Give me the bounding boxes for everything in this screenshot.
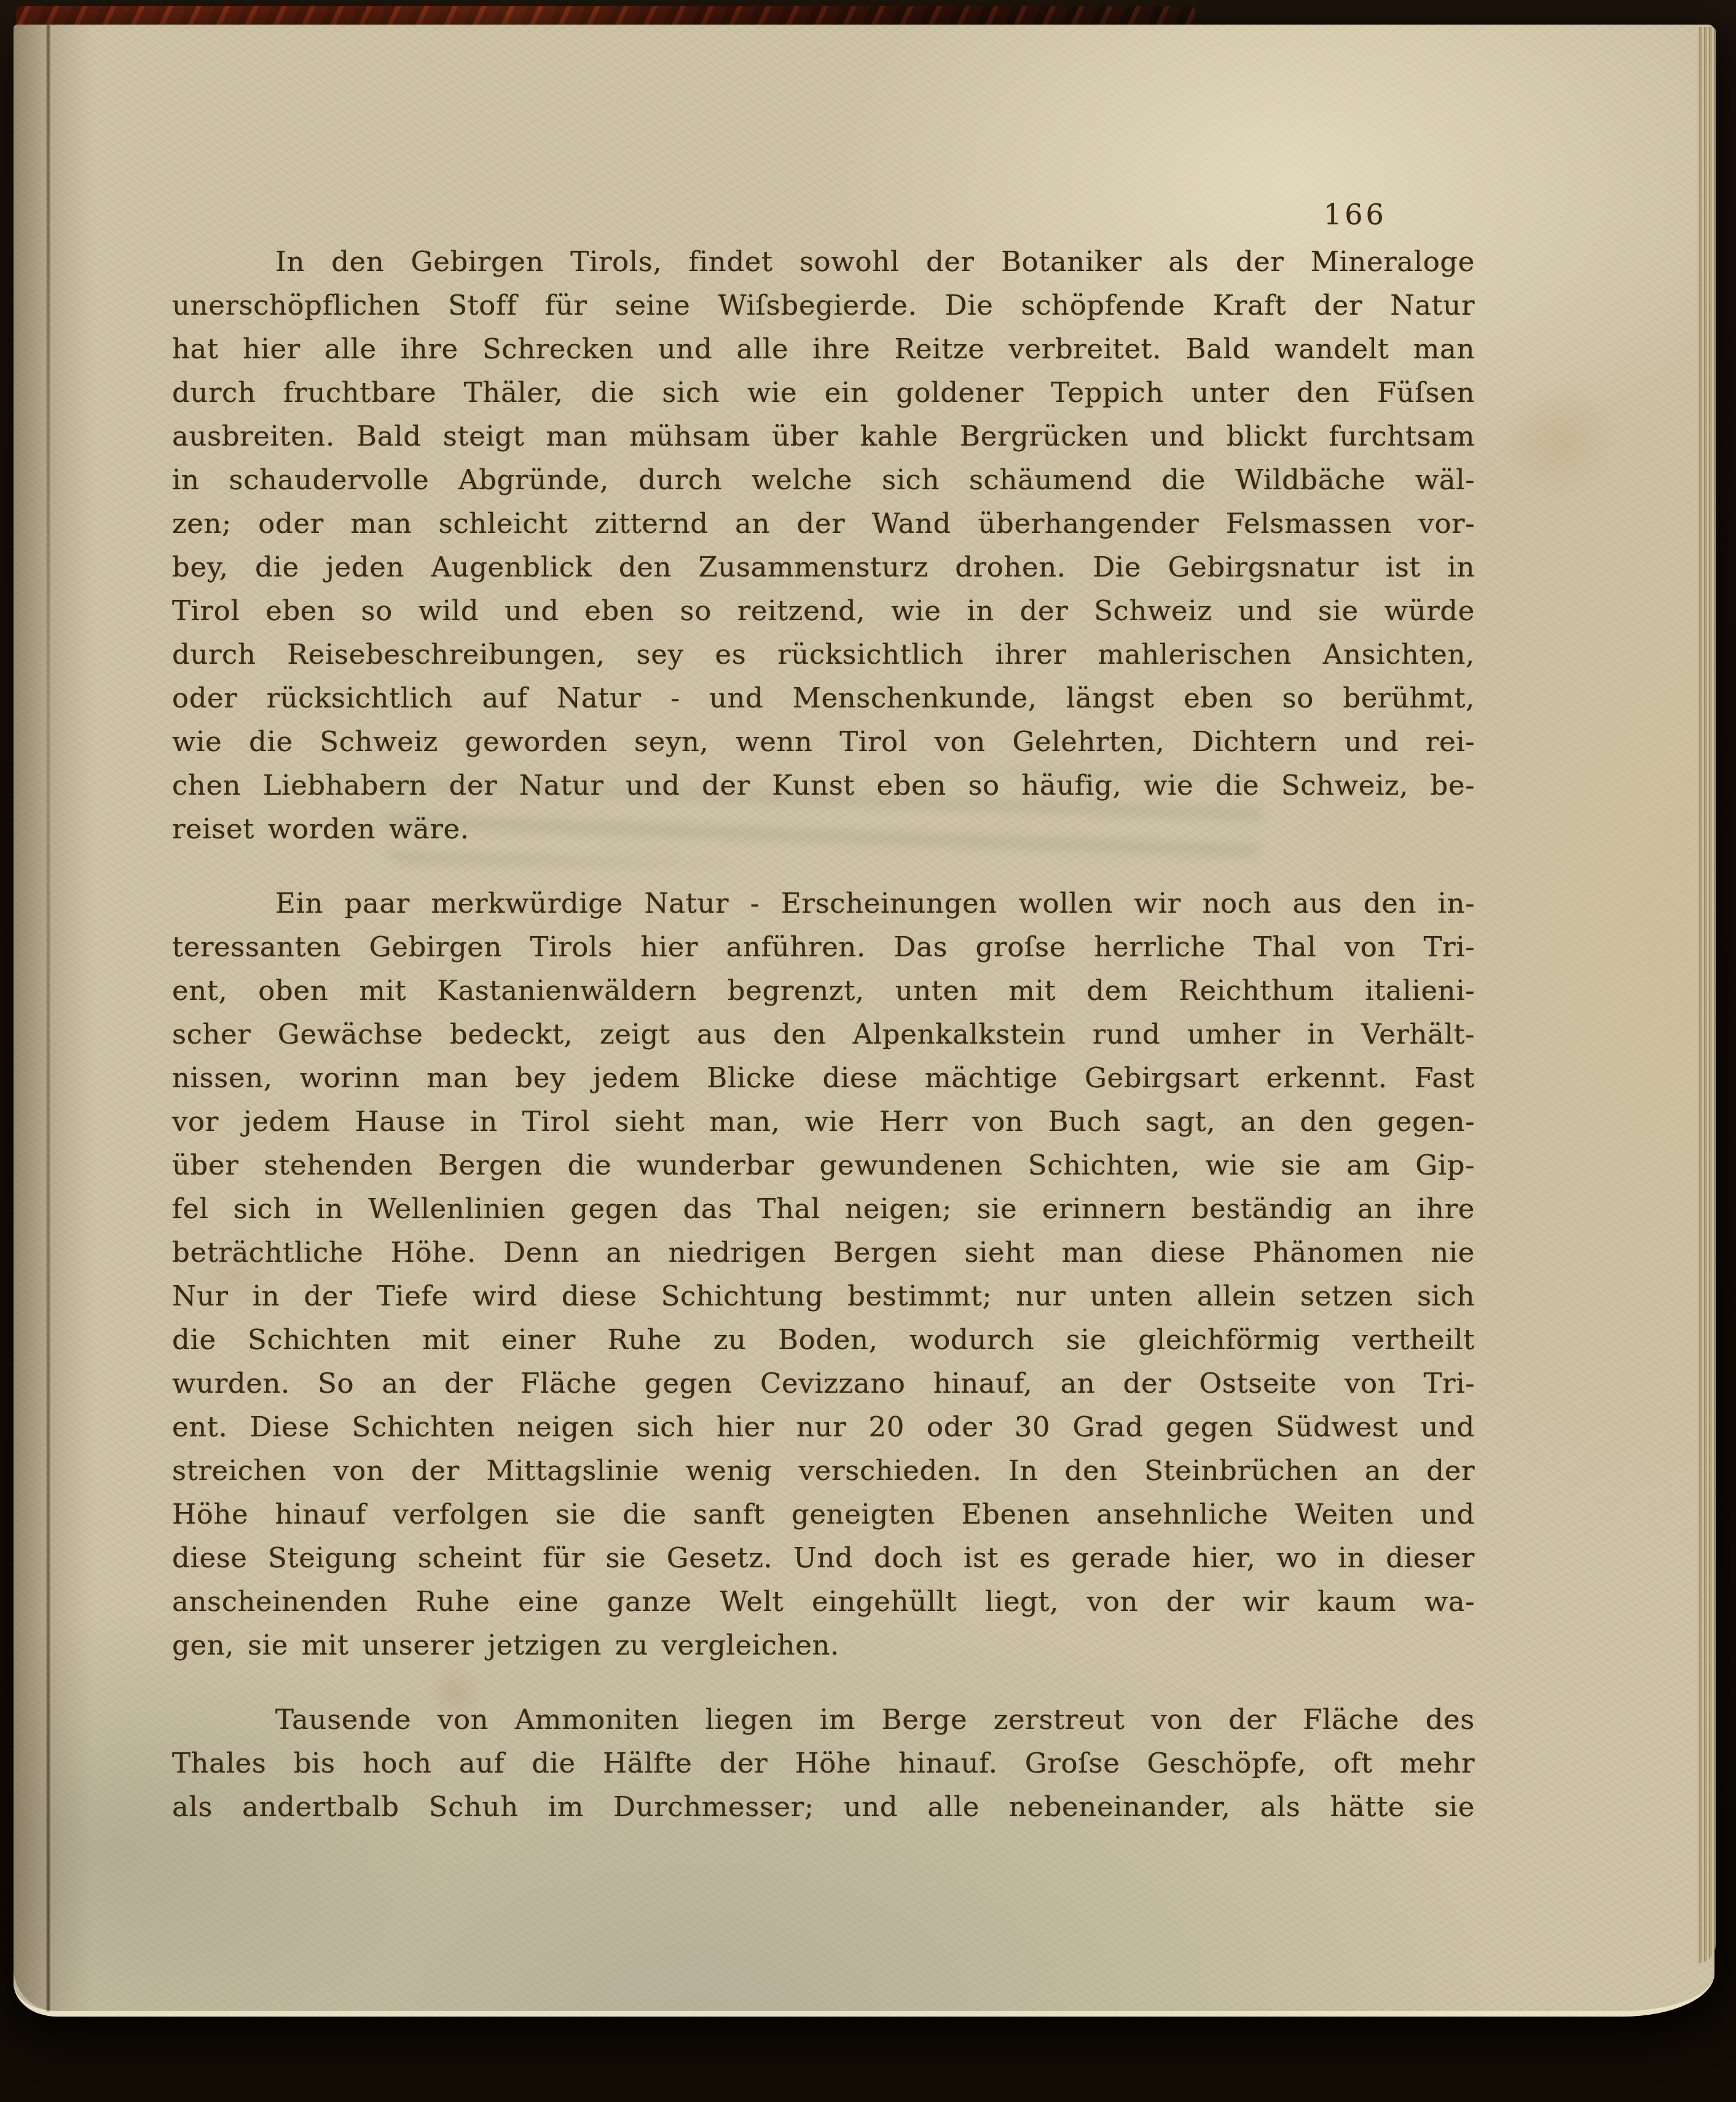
text-line: anscheinenden Ruhe eine ganze Welt einge… [172, 1580, 1475, 1623]
text-line: Tausende von Ammoniten liegen im Berge z… [172, 1698, 1475, 1741]
text-line: vor jedem Hause in Tirol sieht man, wie … [172, 1100, 1475, 1143]
text-line: Thales bis hoch auf die Hälfte der Höhe … [172, 1741, 1475, 1785]
gutter-crease [47, 25, 50, 2011]
text-line: beträchtliche Höhe. Denn an niedrigen Be… [172, 1230, 1475, 1274]
text-line: zen; oder man schleicht zitternd an der … [172, 502, 1475, 545]
text-line: durch fruchtbare Thäler, die sich wie ei… [172, 371, 1475, 414]
paragraph: In den Gebirgen Tirols, findet sowohl de… [172, 240, 1475, 851]
text-line: Höhe hinauf verfolgen sie die sanft gene… [172, 1492, 1475, 1536]
text-line: über stehenden Bergen die wunderbar gewu… [172, 1143, 1475, 1187]
text-line: fel sich in Wellenlinien gegen das Thal … [172, 1187, 1475, 1230]
text-line: nissen, worinn man bey jedem Blicke dies… [172, 1056, 1475, 1100]
text-line: Ein paar merkwürdige Natur - Erscheinung… [172, 881, 1475, 925]
text-line: in schaudervolle Abgründe, durch welche … [172, 458, 1475, 502]
text-line: oder rücksichtlich auf Natur - und Mensc… [172, 676, 1475, 720]
text-line: bey, die jeden Augenblick den Zusammenst… [172, 545, 1475, 589]
text-line: gen, sie mit unserer jetzigen zu verglei… [172, 1623, 1475, 1667]
text-line: teressanten Gebirgen Tirols hier anführe… [172, 925, 1475, 969]
page-stack-edge [1697, 27, 1716, 1963]
text-line: ausbreiten. Bald steigt man mühsam über … [172, 414, 1475, 458]
text-line: unerschöpflichen Stoff für seine Wiſsbeg… [172, 283, 1475, 327]
text-line: die Schichten mit einer Ruhe zu Boden, w… [172, 1318, 1475, 1361]
gutter-shadow [14, 25, 93, 2011]
book-page: 166 In den Gebirgen Tirols, findet sowoh… [14, 25, 1714, 2017]
text-line: wurden. So an der Fläche gegen Cevizzano… [172, 1361, 1475, 1405]
text-line: ent, oben mit Kastanienwäldern begrenzt,… [172, 969, 1475, 1012]
text-line: hat hier alle ihre Schrecken und alle ih… [172, 327, 1475, 371]
text-line: scher Gewächse bedeckt, zeigt aus den Al… [172, 1012, 1475, 1056]
paragraph: Tausende von Ammoniten liegen im Berge z… [172, 1698, 1475, 1828]
text-block: In den Gebirgen Tirols, findet sowohl de… [172, 240, 1475, 1828]
text-line: reiset worden wäre. [172, 807, 1475, 851]
text-line: Nur in der Tiefe wird diese Schichtung b… [172, 1274, 1475, 1318]
text-line: als andertbalb Schuh im Durchmesser; und… [172, 1785, 1475, 1828]
page-number: 166 [1324, 198, 1387, 231]
text-line: streichen von der Mittagslinie wenig ver… [172, 1449, 1475, 1492]
text-line: diese Steigung scheint für sie Gesetz. U… [172, 1536, 1475, 1580]
text-line: durch Reisebeschreibungen, sey es rücksi… [172, 632, 1475, 676]
paragraph: Ein paar merkwürdige Natur - Erscheinung… [172, 881, 1475, 1667]
book-scan: { "page": { "number": "166", "paragraphs… [0, 0, 1736, 2102]
text-line: Tirol eben so wild und eben so reitzend,… [172, 589, 1475, 632]
text-line: ent. Diese Schichten neigen sich hier nu… [172, 1405, 1475, 1449]
text-line: In den Gebirgen Tirols, findet sowohl de… [172, 240, 1475, 283]
text-line: wie die Schweiz geworden seyn, wenn Tiro… [172, 720, 1475, 763]
text-line: chen Liebhabern der Natur und der Kunst … [172, 763, 1475, 807]
